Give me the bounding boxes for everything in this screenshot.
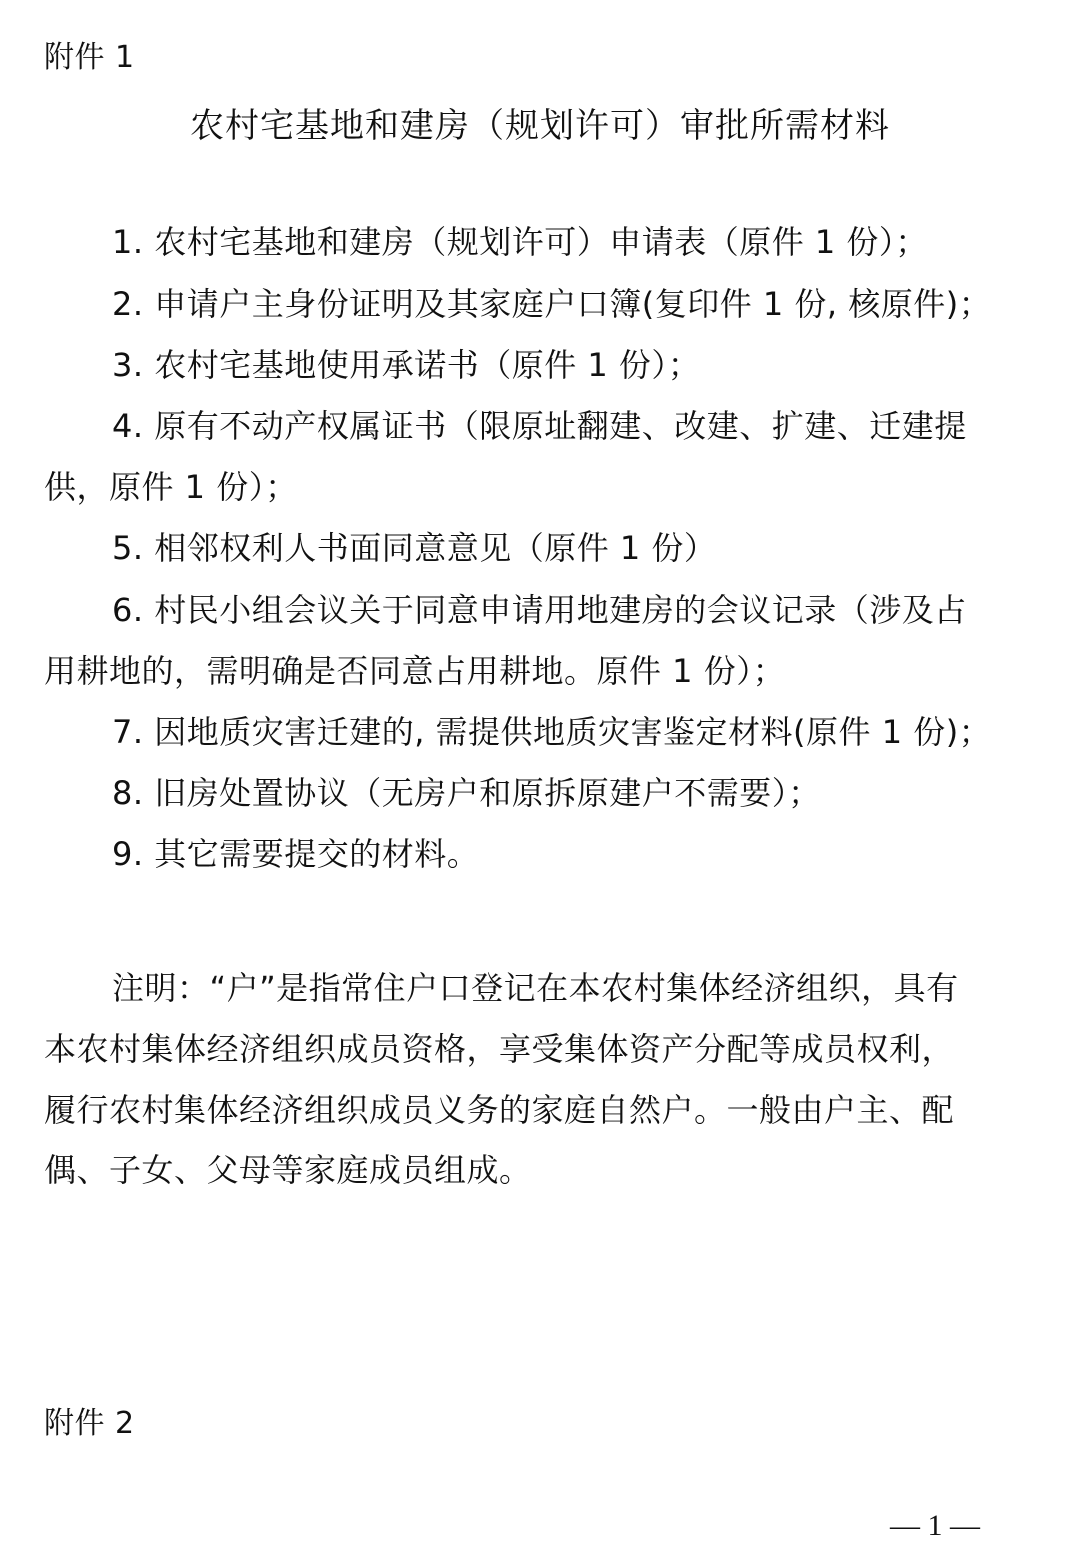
attachment-1-label: 附件 1 <box>44 38 135 78</box>
list-item-6-line-1: 6. 村民小组会议关于同意申请用地建房的会议记录（涉及占 <box>112 590 967 630</box>
document-title: 农村宅基地和建房（规划许可）审批所需材料 <box>0 104 1080 148</box>
list-item-9: 9. 其它需要提交的材料。 <box>112 834 479 874</box>
list-item-5: 5. 相邻权利人书面同意意见（原件 1 份） <box>112 528 716 568</box>
attachment-2-label: 附件 2 <box>44 1404 135 1444</box>
note-line-4: 偶、子女、父母等家庭成员组成。 <box>44 1150 532 1190</box>
note-line-3: 履行农村集体经济组织成员义务的家庭自然户。一般由户主、配 <box>44 1090 954 1130</box>
list-item-1: 1. 农村宅基地和建房（规划许可）申请表（原件 1 份）； <box>112 222 928 262</box>
list-item-7: 7. 因地质灾害迁建的, 需提供地质灾害鉴定材料(原件 1 份)； <box>112 712 991 752</box>
list-item-2: 2. 申请户主身份证明及其家庭户口簿(复印件 1 份, 核原件)； <box>112 284 991 324</box>
page-number: — 1 — <box>890 1508 980 1544</box>
list-item-4-line-1: 4. 原有不动产权属证书（限原址翻建、改建、扩建、迁建提 <box>112 406 967 446</box>
list-item-8: 8. 旧房处置协议（无房户和原拆原建户不需要）； <box>112 773 821 813</box>
list-item-3: 3. 农村宅基地使用承诺书（原件 1 份）； <box>112 345 700 385</box>
list-item-6-line-2: 用耕地的，需明确是否同意占用耕地。原件 1 份）； <box>44 651 785 691</box>
list-item-4-line-2: 供，原件 1 份）； <box>44 467 298 507</box>
note-line-1: 注明：“户”是指常住户口登记在本农村集体经济组织，具有 <box>112 968 959 1008</box>
note-line-2: 本农村集体经济组织成员资格，享受集体资产分配等成员权利， <box>44 1029 954 1069</box>
